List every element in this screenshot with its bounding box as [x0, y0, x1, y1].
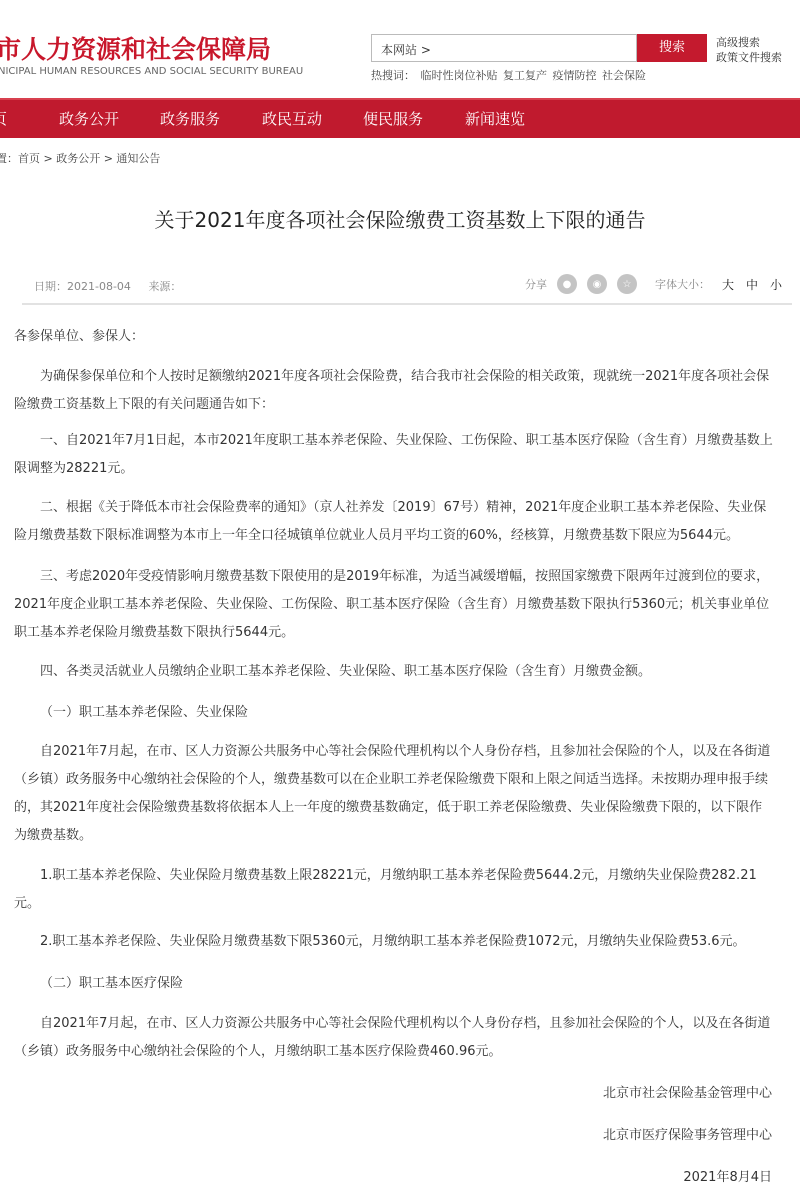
- hot-words-label: 热搜词：: [371, 69, 415, 82]
- signature-org: 北京市社会保险基金管理中心: [603, 1082, 772, 1101]
- article-paragraph: 一、自2021年7月1日起，本市2021年度职工基本养老保险、失业保险、工伤保险…: [14, 427, 774, 483]
- nav-item-news[interactable]: 新闻速览: [465, 100, 525, 138]
- meta-divider: [22, 303, 792, 305]
- article-paragraph: 三、考虑2020年受疫情影响月缴费基数下限使用的是2019年标准，为适当减缓增幅…: [14, 563, 774, 647]
- nav-item-public-interaction[interactable]: 政民互动: [262, 100, 322, 138]
- main-nav: 页 政务公开 政务服务 政民互动 便民服务 新闻速览: [0, 98, 800, 138]
- nav-item-gov-services[interactable]: 政务服务: [160, 100, 220, 138]
- article-paragraph: 二、根据《关于降低本市社会保险费率的通知》（京人社养发〔2019〕67号）精神，…: [14, 494, 774, 550]
- breadcrumb-label: 置：: [0, 152, 18, 165]
- hot-word-link[interactable]: 疫情防控: [553, 69, 597, 82]
- article-paragraph: 1.职工基本养老保险、失业保险月缴费基数上限28221元，月缴纳职工基本养老保险…: [14, 862, 774, 918]
- salutation: 各参保单位、参保人：: [14, 323, 774, 351]
- hot-word-link[interactable]: 临时性岗位补贴: [421, 69, 498, 82]
- article-paragraph: 自2021年7月起，在市、区人力资源公共服务中心等社会保险代理机构以个人身份存档…: [14, 738, 774, 850]
- signature-date: 2021年8月4日: [683, 1166, 772, 1185]
- search-links: 高级搜索 政策文件搜索: [716, 35, 782, 65]
- wechat-icon[interactable]: ●: [557, 274, 577, 294]
- site-logo-title[interactable]: 市人力资源和社会保障局: [0, 30, 271, 66]
- font-size-label: 字体大小：: [655, 276, 710, 292]
- site-logo-subtitle: NICIPAL HUMAN RESOURCES AND SOCIAL SECUR…: [0, 66, 303, 77]
- page-title: 关于2021年度各项社会保险缴费工资基数上下限的通告: [0, 204, 800, 233]
- search-input[interactable]: 本网站 >: [371, 34, 637, 62]
- article-subheading: （二）职工基本医疗保险: [14, 970, 774, 998]
- article-paragraph: 自2021年7月起，在市、区人力资源公共服务中心等社会保险代理机构以个人身份存档…: [14, 1010, 774, 1066]
- breadcrumb-path[interactable]: 首页 > 政务公开 > 通知公告: [18, 152, 160, 165]
- article-paragraph: 四、各类灵活就业人员缴纳企业职工基本养老保险、失业保险、职工基本医疗保险（含生育…: [14, 658, 774, 686]
- weibo-icon[interactable]: ◉: [587, 274, 607, 294]
- breadcrumb: 置：首页 > 政务公开 > 通知公告: [0, 150, 160, 166]
- share-label: 分享: [525, 276, 547, 292]
- hot-words: 热搜词： 临时性岗位补贴 复工复产 疫情防控 社会保险: [371, 67, 648, 83]
- article-paragraph: 为确保参保单位和个人按时足额缴纳2021年度各项社会保险费，结合我市社会保险的相…: [14, 363, 774, 419]
- nav-item-convenience-services[interactable]: 便民服务: [363, 100, 423, 138]
- article-paragraph: 2.职工基本养老保险、失业保险月缴费基数下限5360元，月缴纳职工基本养老保险费…: [14, 928, 774, 956]
- font-size-small[interactable]: 小: [770, 276, 782, 293]
- article-date: 日期：2021-08-04: [34, 280, 131, 293]
- search-button[interactable]: 搜索: [637, 34, 707, 62]
- favorite-icon[interactable]: ☆: [617, 274, 637, 294]
- hot-word-link[interactable]: 社会保险: [602, 69, 646, 82]
- signature-org: 北京市医疗保险事务管理中心: [603, 1124, 772, 1143]
- nav-item-home[interactable]: 页: [0, 100, 7, 138]
- font-size-large[interactable]: 大: [722, 276, 734, 293]
- font-size-medium[interactable]: 中: [746, 276, 758, 293]
- share-bar: 分享 ● ◉ ☆ 字体大小： 大 中 小: [525, 272, 782, 296]
- article-subheading: （一）职工基本养老保险、失业保险: [14, 699, 774, 727]
- hot-word-link[interactable]: 复工复产: [503, 69, 547, 82]
- nav-item-gov-affairs-open[interactable]: 政务公开: [59, 100, 119, 138]
- article-source: 来源：: [148, 280, 181, 293]
- article-meta: 日期：2021-08-04 来源：: [34, 278, 195, 294]
- site-header: 市人力资源和社会保障局 NICIPAL HUMAN RESOURCES AND …: [0, 0, 800, 98]
- advanced-search-link[interactable]: 高级搜索: [716, 35, 782, 50]
- policy-search-link[interactable]: 政策文件搜索: [716, 50, 782, 65]
